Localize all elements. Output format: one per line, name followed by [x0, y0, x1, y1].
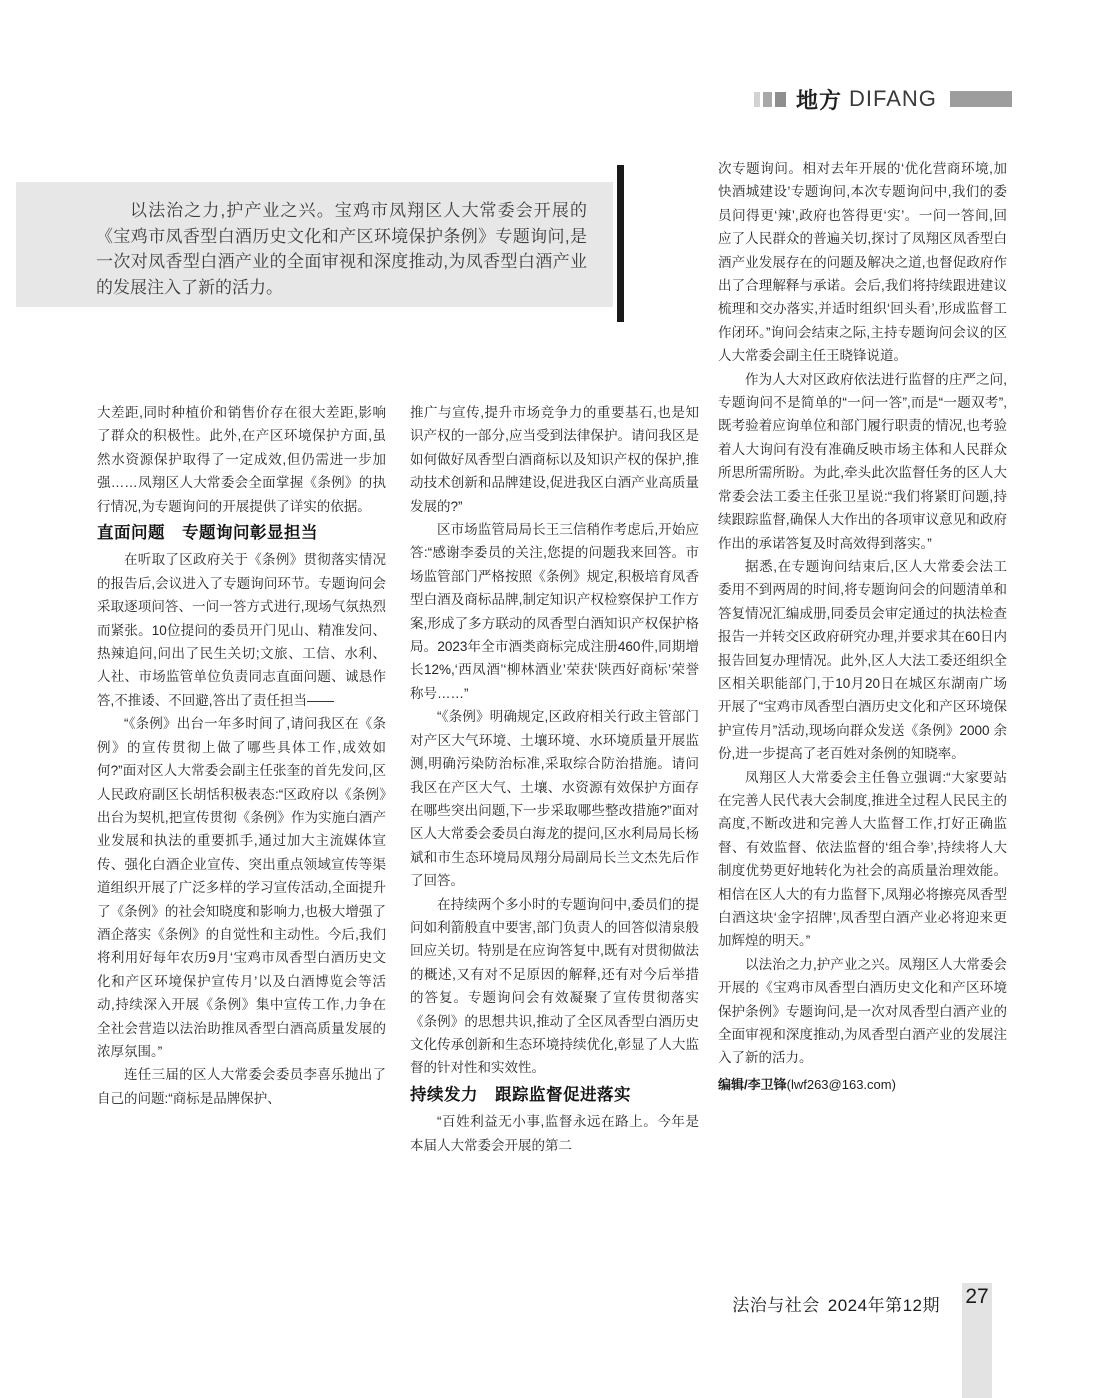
- footer: 法治与社会2024年第12期: [600, 1291, 940, 1316]
- header-tick-bar-icon: [763, 92, 772, 107]
- paragraph: 大差距,同时种植价和销售价存在很大差距,影响了群众的积极性。此外,在产区环境保护…: [97, 401, 386, 518]
- header-tick-bar-icon: [754, 92, 760, 107]
- paragraph: 推广与宣传,提升市场竞争力的重要基石,也是知识产权的一部分,应当受到法律保护。请…: [410, 401, 699, 518]
- magazine-page: 地方 DIFANG 以法治之力,护产业之兴。宝鸡市凤翔区人大常委会开展的《宝鸡市…: [0, 0, 1100, 1398]
- accent-bar: [617, 165, 624, 322]
- text-column-3: 次专题询问。相对去年开展的‘优化营商环境,加快酒城建设’专题询问,本次专题询问中…: [718, 157, 1007, 1096]
- paragraph: 在听取了区政府关于《条例》贯彻落实情况的报告后,会议进入了专题询问环节。专题询问…: [97, 548, 386, 712]
- paragraph: 以法治之力,护产业之兴。凤翔区人大常委会开展的《宝鸡市凤香型白酒历史文化和产区环…: [718, 953, 1007, 1070]
- page-number: 27: [962, 1283, 992, 1309]
- paragraph: 凤翔区人大常委会主任鲁立强调:“大家要站在完善人民代表大会制度,推进全过程人民民…: [718, 766, 1007, 953]
- footer-issue: 2024年第12期: [828, 1296, 940, 1315]
- editor-email: (lwf263@163.com): [787, 1077, 896, 1092]
- footer-journal-title: 法治与社会: [732, 1296, 820, 1315]
- section-title-cn: 地方: [796, 84, 842, 115]
- paragraph: “百姓利益无小事,监督永远在路上。今年是本届人大常委会开展的第二: [410, 1110, 699, 1157]
- paragraph: “《条例》明确规定,区政府相关行政主管部门对产区大气环境、土壤环境、水环境质量开…: [410, 705, 699, 892]
- section-heading: 持续发力 跟踪监督促进落实: [410, 1084, 699, 1107]
- paragraph: 在持续两个多小时的专题询问中,委员们的提问如利箭般直中要害,部门负责人的回答似清…: [410, 893, 699, 1080]
- paragraph: 次专题询问。相对去年开展的‘优化营商环境,加快酒城建设’专题询问,本次专题询问中…: [718, 157, 1007, 368]
- paragraph: 区市场监管局局长王三信稍作考虑后,开始应答:“感谢李委员的关注,您提的问题我来回…: [410, 518, 699, 705]
- paragraph: 连任三届的区人大常委会委员李喜乐抛出了自己的问题:“商标是品牌保护、: [97, 1063, 386, 1110]
- paragraph: “《条例》出台一年多时间了,请问我区在《条例》的宣传贯彻上做了哪些具体工作,成效…: [97, 712, 386, 1063]
- section-header: 地方 DIFANG: [754, 88, 1012, 110]
- editor-name: 编辑/李卫锋: [718, 1077, 787, 1092]
- editor-credit: 编辑/李卫锋(lwf263@163.com): [718, 1073, 1007, 1096]
- text-column-2: 推广与宣传,提升市场竞争力的重要基石,也是知识产权的一部分,应当受到法律保护。请…: [410, 401, 699, 1157]
- page-number-bar: 27: [962, 1283, 992, 1398]
- paragraph: 据悉,在专题询问结束后,区人大常委会法工委用不到两周的时间,将专题询问会的问题清…: [718, 555, 1007, 766]
- section-title-en: DIFANG: [849, 86, 937, 112]
- header-rule-bar-icon: [950, 91, 1012, 107]
- text-column-1: 大差距,同时种植价和销售价存在很大差距,影响了群众的积极性。此外,在产区环境保护…: [97, 401, 386, 1110]
- lead-abstract-text: 以法治之力,护产业之兴。宝鸡市凤翔区人大常委会开展的《宝鸡市凤香型白酒历史文化和…: [16, 182, 613, 300]
- lead-abstract-box: 以法治之力,护产业之兴。宝鸡市凤翔区人大常委会开展的《宝鸡市凤香型白酒历史文化和…: [16, 182, 613, 307]
- paragraph: 作为人大对区政府依法进行监督的庄严之问,专题询问不是简单的“一问一答”,而是“一…: [718, 368, 1007, 555]
- header-tick-bar-icon: [775, 92, 786, 107]
- section-heading: 直面问题 专题询问彰显担当: [97, 522, 386, 545]
